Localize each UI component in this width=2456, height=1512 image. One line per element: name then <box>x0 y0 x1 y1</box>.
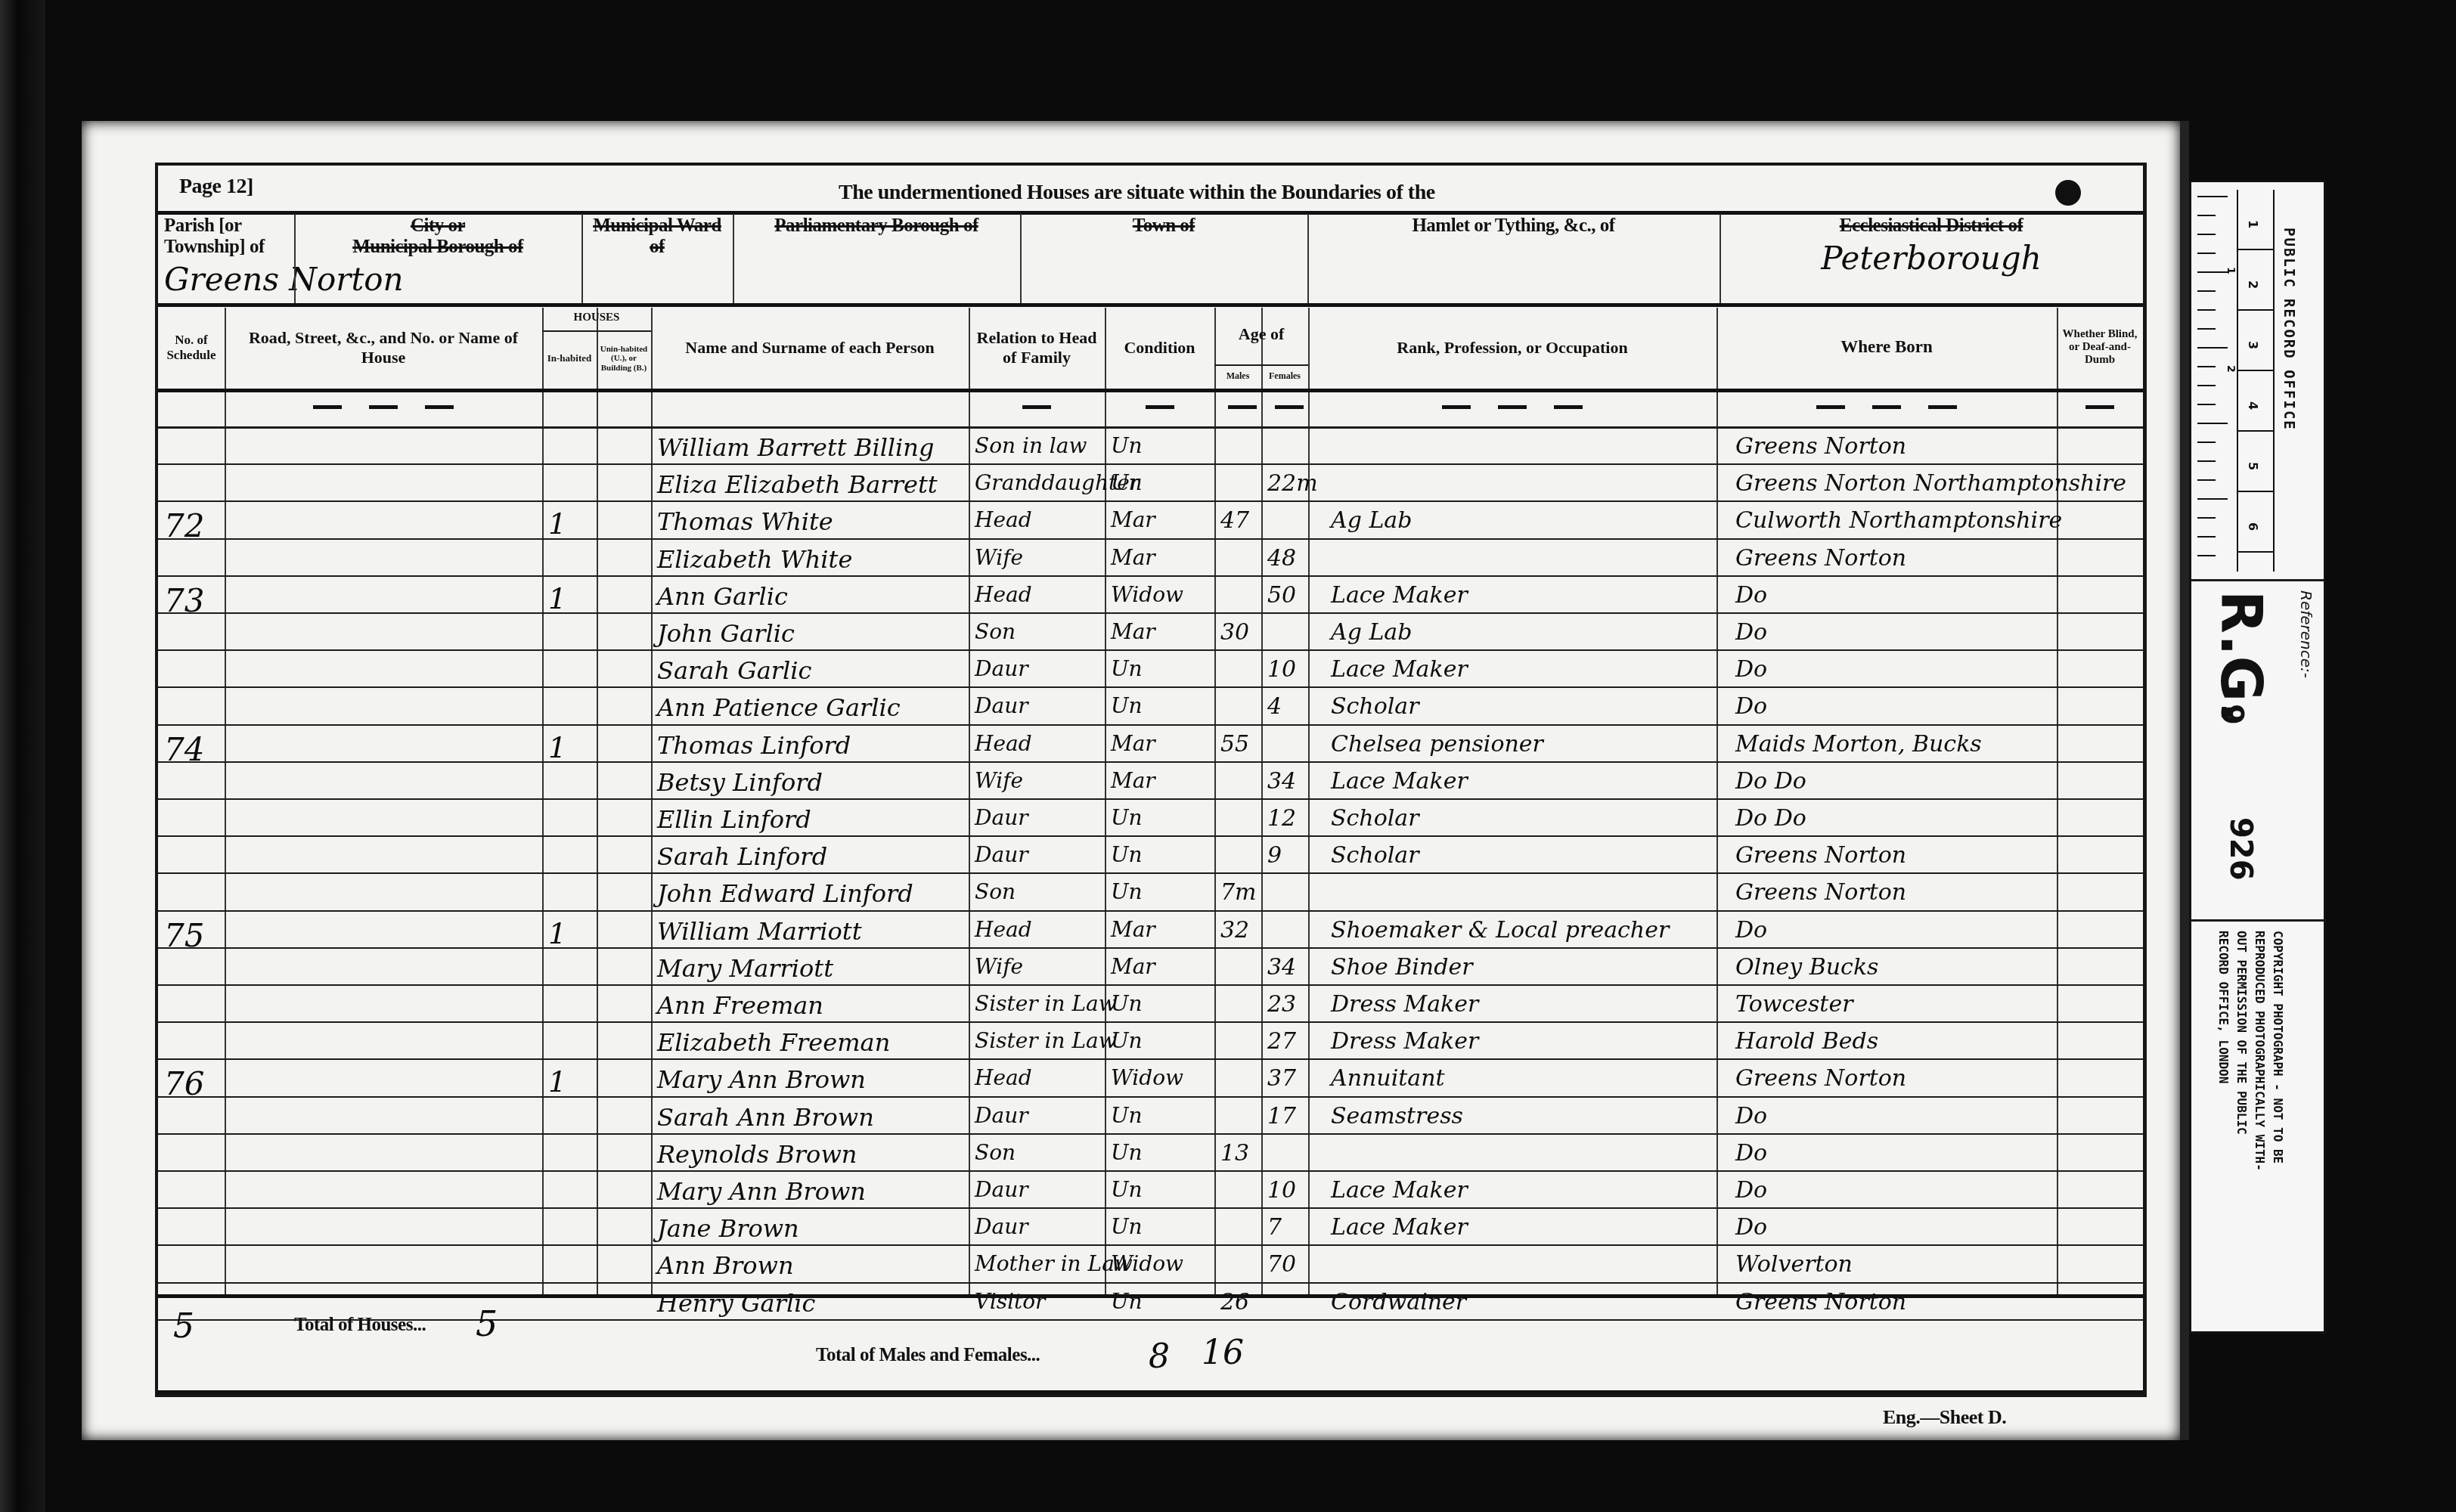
cell-females: 37 <box>1267 1065 1307 1092</box>
total-females: 16 <box>1202 1334 1244 1372</box>
total-persons-label: Total of Males and Females... <box>816 1345 1040 1366</box>
cell-name: Mary Ann Brown <box>657 1177 967 1206</box>
cell-where-born: Culworth Northamptonshire <box>1735 507 2068 534</box>
column-header-where-born: Where Born <box>1716 308 2057 387</box>
cell-name: Sarah Ann Brown <box>657 1103 967 1132</box>
boundary-3: Parliamentary Borough of <box>739 215 1014 300</box>
cell-condition: Widow <box>1111 1251 1213 1276</box>
table-row: Mary Ann BrownDaurUn10Lace MakerDo <box>158 1173 2143 1210</box>
ditto-dash-males <box>1214 400 1261 414</box>
cell-where-born: Do <box>1735 1140 2068 1167</box>
cell-condition: Un <box>1111 470 1213 495</box>
cell-inhabited: 1 <box>548 1065 595 1098</box>
cell-females: 9 <box>1267 842 1307 869</box>
cell-females: 23 <box>1267 991 1307 1018</box>
boundary-value: Peterborough <box>1726 240 2137 277</box>
cell-condition: Un <box>1111 805 1213 830</box>
banner-text: The undermentioned Houses are situate wi… <box>839 181 1435 205</box>
cell-name: Sarah Garlic <box>657 656 967 685</box>
table-row: John GarlicSonMar30Ag LabDo <box>158 615 2143 652</box>
cell-name: John Edward Linford <box>657 879 967 908</box>
cell-condition: Un <box>1111 1028 1213 1053</box>
cell-condition: Un <box>1111 1103 1213 1128</box>
cell-occupation: Lace Maker <box>1331 1177 1732 1204</box>
sheet-mark: Eng.—Sheet D. <box>1883 1406 2006 1429</box>
cell-occupation: Lace Maker <box>1331 1214 1732 1241</box>
ditto-dash-condition <box>1105 400 1214 414</box>
cell-females: 27 <box>1267 1028 1307 1055</box>
ditto-dash-infirmity <box>2057 400 2143 414</box>
ruler-number: 5 <box>2246 462 2260 470</box>
total-houses: 5 <box>476 1303 498 1344</box>
cell-occupation: Lace Maker <box>1331 656 1732 683</box>
table-row: Betsy LinfordWifeMar34Lace MakerDo Do <box>158 764 2143 801</box>
table-row: Elizabeth WhiteWifeMar48Greens Norton <box>158 541 2143 578</box>
cell-where-born: Greens Norton <box>1735 1289 2068 1315</box>
cell-relation: Son <box>975 879 1103 904</box>
table-row: Ann Patience GarlicDaurUn4ScholarDo <box>158 689 2143 726</box>
ditto-dash-females <box>1261 400 1308 414</box>
column-header-inhabited: In-habited <box>542 332 597 386</box>
cell-relation: Daur <box>975 805 1103 830</box>
table-row: Sarah LinfordDaurUn9ScholarGreens Norton <box>158 838 2143 875</box>
cell-occupation: Chelsea pensioner <box>1331 731 1732 758</box>
cell-occupation: Lace Maker <box>1331 582 1732 609</box>
copyright-line: RECORD OFFICE, LONDON <box>2214 931 2232 1171</box>
column-header-name: Name and Surname of each Person <box>651 308 969 387</box>
column-header-relation: Relation to Head of Family <box>969 308 1105 387</box>
cell-females: 7 <box>1267 1214 1307 1241</box>
cell-name: Elizabeth Freeman <box>657 1028 967 1057</box>
table-row: John Edward LinfordSonUn7mGreens Norton <box>158 875 2143 912</box>
cell-name: Betsy Linford <box>657 768 967 797</box>
cell-relation: Sister in Law <box>975 1028 1103 1053</box>
column-header-houses-group: HOUSES <box>542 308 651 329</box>
boundary-label: Town of <box>1026 215 1301 237</box>
cell-males: 55 <box>1220 731 1260 758</box>
cell-condition: Widow <box>1111 1065 1213 1090</box>
cell-where-born: Maids Morton, Bucks <box>1735 731 2068 758</box>
ditto-dash-where-born <box>1716 400 2057 414</box>
page-number: Page 12] <box>179 175 253 199</box>
table-row: Sarah Ann BrownDaurUn17SeamstressDo <box>158 1098 2143 1136</box>
cell-occupation: Scholar <box>1331 805 1732 832</box>
cell-occupation: Lace Maker <box>1331 768 1732 795</box>
cell-where-born: Do <box>1735 1103 2068 1129</box>
table-row: Sarah GarlicDaurUn10Lace MakerDo <box>158 652 2143 689</box>
cell-relation: Head <box>975 507 1103 532</box>
cell-relation: Head <box>975 731 1103 756</box>
cell-condition: Un <box>1111 842 1213 867</box>
cell-condition: Un <box>1111 879 1213 904</box>
total-houses-label: Total of Houses... <box>294 1315 426 1336</box>
boundary-label: Ecclesiastical District of <box>1726 215 2137 237</box>
cell-males: 13 <box>1220 1140 1260 1167</box>
cell-name: Henry Garlic <box>657 1289 967 1318</box>
boundary-label: Hamlet or Tything, &c., of <box>1313 215 1713 237</box>
column-header-condition: Condition <box>1105 308 1214 387</box>
cell-where-born: Wolverton <box>1735 1251 2068 1278</box>
sheet-shadow <box>2180 121 2189 1440</box>
cell-females: 50 <box>1267 582 1307 609</box>
ruler-inch: 2 <box>2225 365 2237 373</box>
cell-name: Ellin Linford <box>657 805 967 834</box>
piece-number: 926 <box>2223 817 2258 881</box>
column-header-age-group: Age of <box>1214 308 1308 361</box>
cell-relation: Daur <box>975 656 1103 681</box>
cell-relation: Head <box>975 582 1103 607</box>
cell-where-born: Do <box>1735 917 2068 943</box>
cell-condition: Un <box>1111 1177 1213 1202</box>
column-header-occupation: Rank, Profession, or Occupation <box>1308 308 1716 387</box>
cell-inhabited: 1 <box>548 917 595 950</box>
boundary-label: Parliamentary Borough of <box>739 215 1014 237</box>
cell-relation: Son <box>975 619 1103 644</box>
table-row: Ann BrownMother in LawWidow70Wolverton <box>158 1247 2143 1284</box>
cell-inhabited: 1 <box>548 731 595 764</box>
boundary-2: Municipal Ward of <box>588 215 727 300</box>
copyright-line: REPRODUCED PHOTOGRAPHICALLY WITH- <box>2250 931 2268 1171</box>
cell-inhabited: 1 <box>548 507 595 541</box>
table-row: Ann FreemanSister in LawUn23Dress MakerT… <box>158 987 2143 1024</box>
cell-name: Thomas White <box>657 507 967 536</box>
cell-name: Ann Garlic <box>657 582 967 611</box>
ditto-dash-relation <box>969 400 1105 414</box>
cell-occupation: Ag Lab <box>1331 507 1732 534</box>
cell-where-born: Do <box>1735 582 2068 609</box>
cell-name: Thomas Linford <box>657 731 967 760</box>
film-edge <box>0 0 45 1512</box>
cell-where-born: Towcester <box>1735 991 2068 1018</box>
table-row: Jane BrownDaurUn7Lace MakerDo <box>158 1210 2143 1247</box>
cell-occupation: Annuitant <box>1331 1065 1732 1092</box>
column-header-schedule: No. of Schedule <box>158 308 225 387</box>
cell-occupation: Seamstress <box>1331 1103 1732 1129</box>
cell-where-born: Do <box>1735 693 2068 720</box>
cell-where-born: Olney Bucks <box>1735 954 2068 981</box>
cell-occupation: Cordwainer <box>1331 1289 1732 1315</box>
cell-name: Ann Brown <box>657 1251 967 1280</box>
cell-relation: Wife <box>975 768 1103 793</box>
cell-name: William Barrett Billing <box>657 433 967 462</box>
cell-occupation: Shoe Binder <box>1331 954 1732 981</box>
boundary-label: Municipal Ward of <box>588 215 727 258</box>
boundary-4: Town of <box>1026 215 1301 300</box>
boundary-label: City orMunicipal Borough of <box>300 215 575 258</box>
cell-condition: Widow <box>1111 582 1213 607</box>
cell-where-born: Greens Norton <box>1735 1065 2068 1092</box>
boundary-5: Hamlet or Tything, &c., of <box>1313 215 1713 300</box>
cell-inhabited: 1 <box>548 582 595 615</box>
cell-condition: Un <box>1111 433 1213 458</box>
cell-condition: Un <box>1111 1289 1213 1314</box>
column-header-uninhabited: Unin-habited (U.), or Building (B.) <box>597 332 651 386</box>
cell-occupation: Ag Lab <box>1331 619 1732 646</box>
cell-where-born: Do <box>1735 656 2068 683</box>
column-header-infirmity: Whether Blind, or Deaf-and-Dumb <box>2057 308 2143 387</box>
cell-where-born: Harold Beds <box>1735 1028 2068 1055</box>
column-header-males: Males <box>1214 367 1261 386</box>
ditto-dash-occupation <box>1308 400 1716 414</box>
cell-relation: Wife <box>975 954 1103 979</box>
table-row: 731Ann GarlicHeadWidow50Lace MakerDo <box>158 578 2143 615</box>
record-office-label: PUBLIC RECORD OFFICE <box>2281 228 2297 431</box>
cell-females: 48 <box>1267 545 1307 572</box>
boundary-0: Parish [or Township] ofGreens Norton <box>164 215 288 300</box>
cell-occupation: Dress Maker <box>1331 1028 1732 1055</box>
table-row: 741Thomas LinfordHeadMar55Chelsea pensio… <box>158 727 2143 764</box>
ruler-number: 1 <box>2246 220 2260 228</box>
column-header-females: Females <box>1261 367 1308 386</box>
cell-relation: Son in law <box>975 433 1103 458</box>
cell-relation: Daur <box>975 842 1103 867</box>
enumeration-form: Page 12] The undermentioned Houses are s… <box>155 163 2147 1397</box>
cell-name: Ann Freeman <box>657 991 967 1020</box>
cell-females: 12 <box>1267 805 1307 832</box>
cell-condition: Mar <box>1111 768 1213 793</box>
cell-relation: Mother in Law <box>975 1251 1103 1276</box>
cell-condition: Un <box>1111 656 1213 681</box>
table-row: 721Thomas WhiteHeadMar47Ag LabCulworth N… <box>158 503 2143 540</box>
cell-where-born: Do <box>1735 1177 2068 1204</box>
boundary-value: Greens Norton <box>164 261 288 298</box>
total-males: 8 <box>1149 1337 1170 1376</box>
cell-occupation: Scholar <box>1331 693 1732 720</box>
cell-relation: Granddaughter <box>975 470 1103 495</box>
table-row: Eliza Elizabeth BarrettGranddaughterUn22… <box>158 466 2143 503</box>
ruler-number: 6 <box>2246 522 2260 531</box>
cell-condition: Mar <box>1111 917 1213 942</box>
cell-condition: Mar <box>1111 619 1213 644</box>
table-row: 761Mary Ann BrownHeadWidow37AnnuitantGre… <box>158 1061 2143 1098</box>
cell-females: 10 <box>1267 1177 1307 1204</box>
cell-relation: Son <box>975 1140 1103 1165</box>
copyright-line: OUT PERMISSION OF THE PUBLIC <box>2232 931 2250 1171</box>
cell-where-born: Greens Norton <box>1735 842 2068 869</box>
boundary-6: Ecclesiastical District ofPeterborough <box>1726 215 2137 300</box>
cell-condition: Un <box>1111 693 1213 718</box>
ruler-number: 4 <box>2246 401 2260 410</box>
cell-relation: Daur <box>975 1103 1103 1128</box>
cell-relation: Sister in Law <box>975 991 1103 1016</box>
cell-occupation: Scholar <box>1331 842 1732 869</box>
cell-females: 4 <box>1267 693 1307 720</box>
cell-where-born: Do Do <box>1735 805 2068 832</box>
table-row: Ellin LinfordDaurUn12ScholarDo Do <box>158 801 2143 838</box>
boundary-label: Parish [or Township] of <box>164 215 288 258</box>
cell-males: 32 <box>1220 917 1260 943</box>
cell-where-born: Greens Norton <box>1735 879 2068 906</box>
cell-condition: Un <box>1111 991 1213 1016</box>
ruler-number: 2 <box>2246 280 2260 289</box>
cell-relation: Daur <box>975 693 1103 718</box>
cell-females: 22m <box>1267 470 1307 497</box>
cell-occupation: Shoemaker & Local preacher <box>1331 917 1732 943</box>
cell-relation: Head <box>975 917 1103 942</box>
cell-males: 26 <box>1220 1289 1260 1315</box>
cell-name: Sarah Linford <box>657 842 967 871</box>
cell-where-born: Greens Norton <box>1735 433 2068 460</box>
ruler-number: 3 <box>2246 341 2260 349</box>
cell-condition: Mar <box>1111 954 1213 979</box>
cell-relation: Daur <box>975 1214 1103 1239</box>
cell-relation: Wife <box>975 545 1103 570</box>
cell-males: 47 <box>1220 507 1260 534</box>
boundary-1: City orMunicipal Borough of <box>300 215 575 300</box>
cell-name: Reynolds Brown <box>657 1140 967 1169</box>
cell-name: Mary Marriott <box>657 954 967 983</box>
archive-reference-tab: 12345612 PUBLIC RECORD OFFICE Reference:… <box>2189 180 2326 1334</box>
cell-where-born: Do Do <box>1735 768 2068 795</box>
cell-relation: Head <box>975 1065 1103 1090</box>
cell-where-born: Greens Norton Northamptonshire <box>1735 470 2068 497</box>
cell-where-born: Greens Norton <box>1735 545 2068 572</box>
cell-condition: Un <box>1111 1214 1213 1239</box>
table-row: William Barrett BillingSon in lawUnGreen… <box>158 429 2143 466</box>
cell-males: 30 <box>1220 619 1260 646</box>
cell-females: 10 <box>1267 656 1307 683</box>
table-row: Henry GarlicVisitorUn26CordwainerGreens … <box>158 1284 2143 1321</box>
cell-females: 34 <box>1267 954 1307 981</box>
ditto-dash-name <box>225 400 542 414</box>
copyright-line: COPYRIGHT PHOTOGRAPH - NOT TO BE <box>2268 931 2287 1171</box>
ruler-inch: 1 <box>2225 267 2237 274</box>
cell-name: William Marriott <box>657 917 967 946</box>
total-schedules: 5 <box>173 1307 194 1346</box>
cell-name: Eliza Elizabeth Barrett <box>657 470 967 499</box>
cell-name: Elizabeth White <box>657 545 967 574</box>
cell-condition: Mar <box>1111 507 1213 532</box>
class-number: 9 <box>2214 704 2249 725</box>
cell-condition: Un <box>1111 1140 1213 1165</box>
table-row: Elizabeth FreemanSister in LawUn27Dress … <box>158 1024 2143 1061</box>
cell-males: 7m <box>1220 879 1260 906</box>
cell-where-born: Do <box>1735 619 2068 646</box>
cell-name: Ann Patience Garlic <box>657 693 967 722</box>
cell-females: 34 <box>1267 768 1307 795</box>
reference-label: Reference:- <box>2297 590 2315 678</box>
cell-name: Mary Ann Brown <box>657 1065 967 1094</box>
table-row: Mary MarriottWifeMar34Shoe BinderOlney B… <box>158 950 2143 987</box>
cell-condition: Mar <box>1111 545 1213 570</box>
cell-where-born: Do <box>1735 1214 2068 1241</box>
column-header-road: Road, Street, &c., and No. or Name of Ho… <box>225 308 542 387</box>
table-row: Reynolds BrownSonUn13Do <box>158 1136 2143 1173</box>
cell-relation: Daur <box>975 1177 1103 1202</box>
cell-condition: Mar <box>1111 731 1213 756</box>
cell-females: 70 <box>1267 1251 1307 1278</box>
table-row: 751William MarriottHeadMar32Shoemaker & … <box>158 912 2143 950</box>
cell-occupation: Dress Maker <box>1331 991 1732 1018</box>
cell-name: John Garlic <box>657 619 967 648</box>
cell-females: 17 <box>1267 1103 1307 1129</box>
copyright-notice: COPYRIGHT PHOTOGRAPH - NOT TO BEREPRODUC… <box>2214 931 2287 1171</box>
cell-name: Jane Brown <box>657 1214 967 1243</box>
cell-relation: Visitor <box>975 1289 1103 1314</box>
